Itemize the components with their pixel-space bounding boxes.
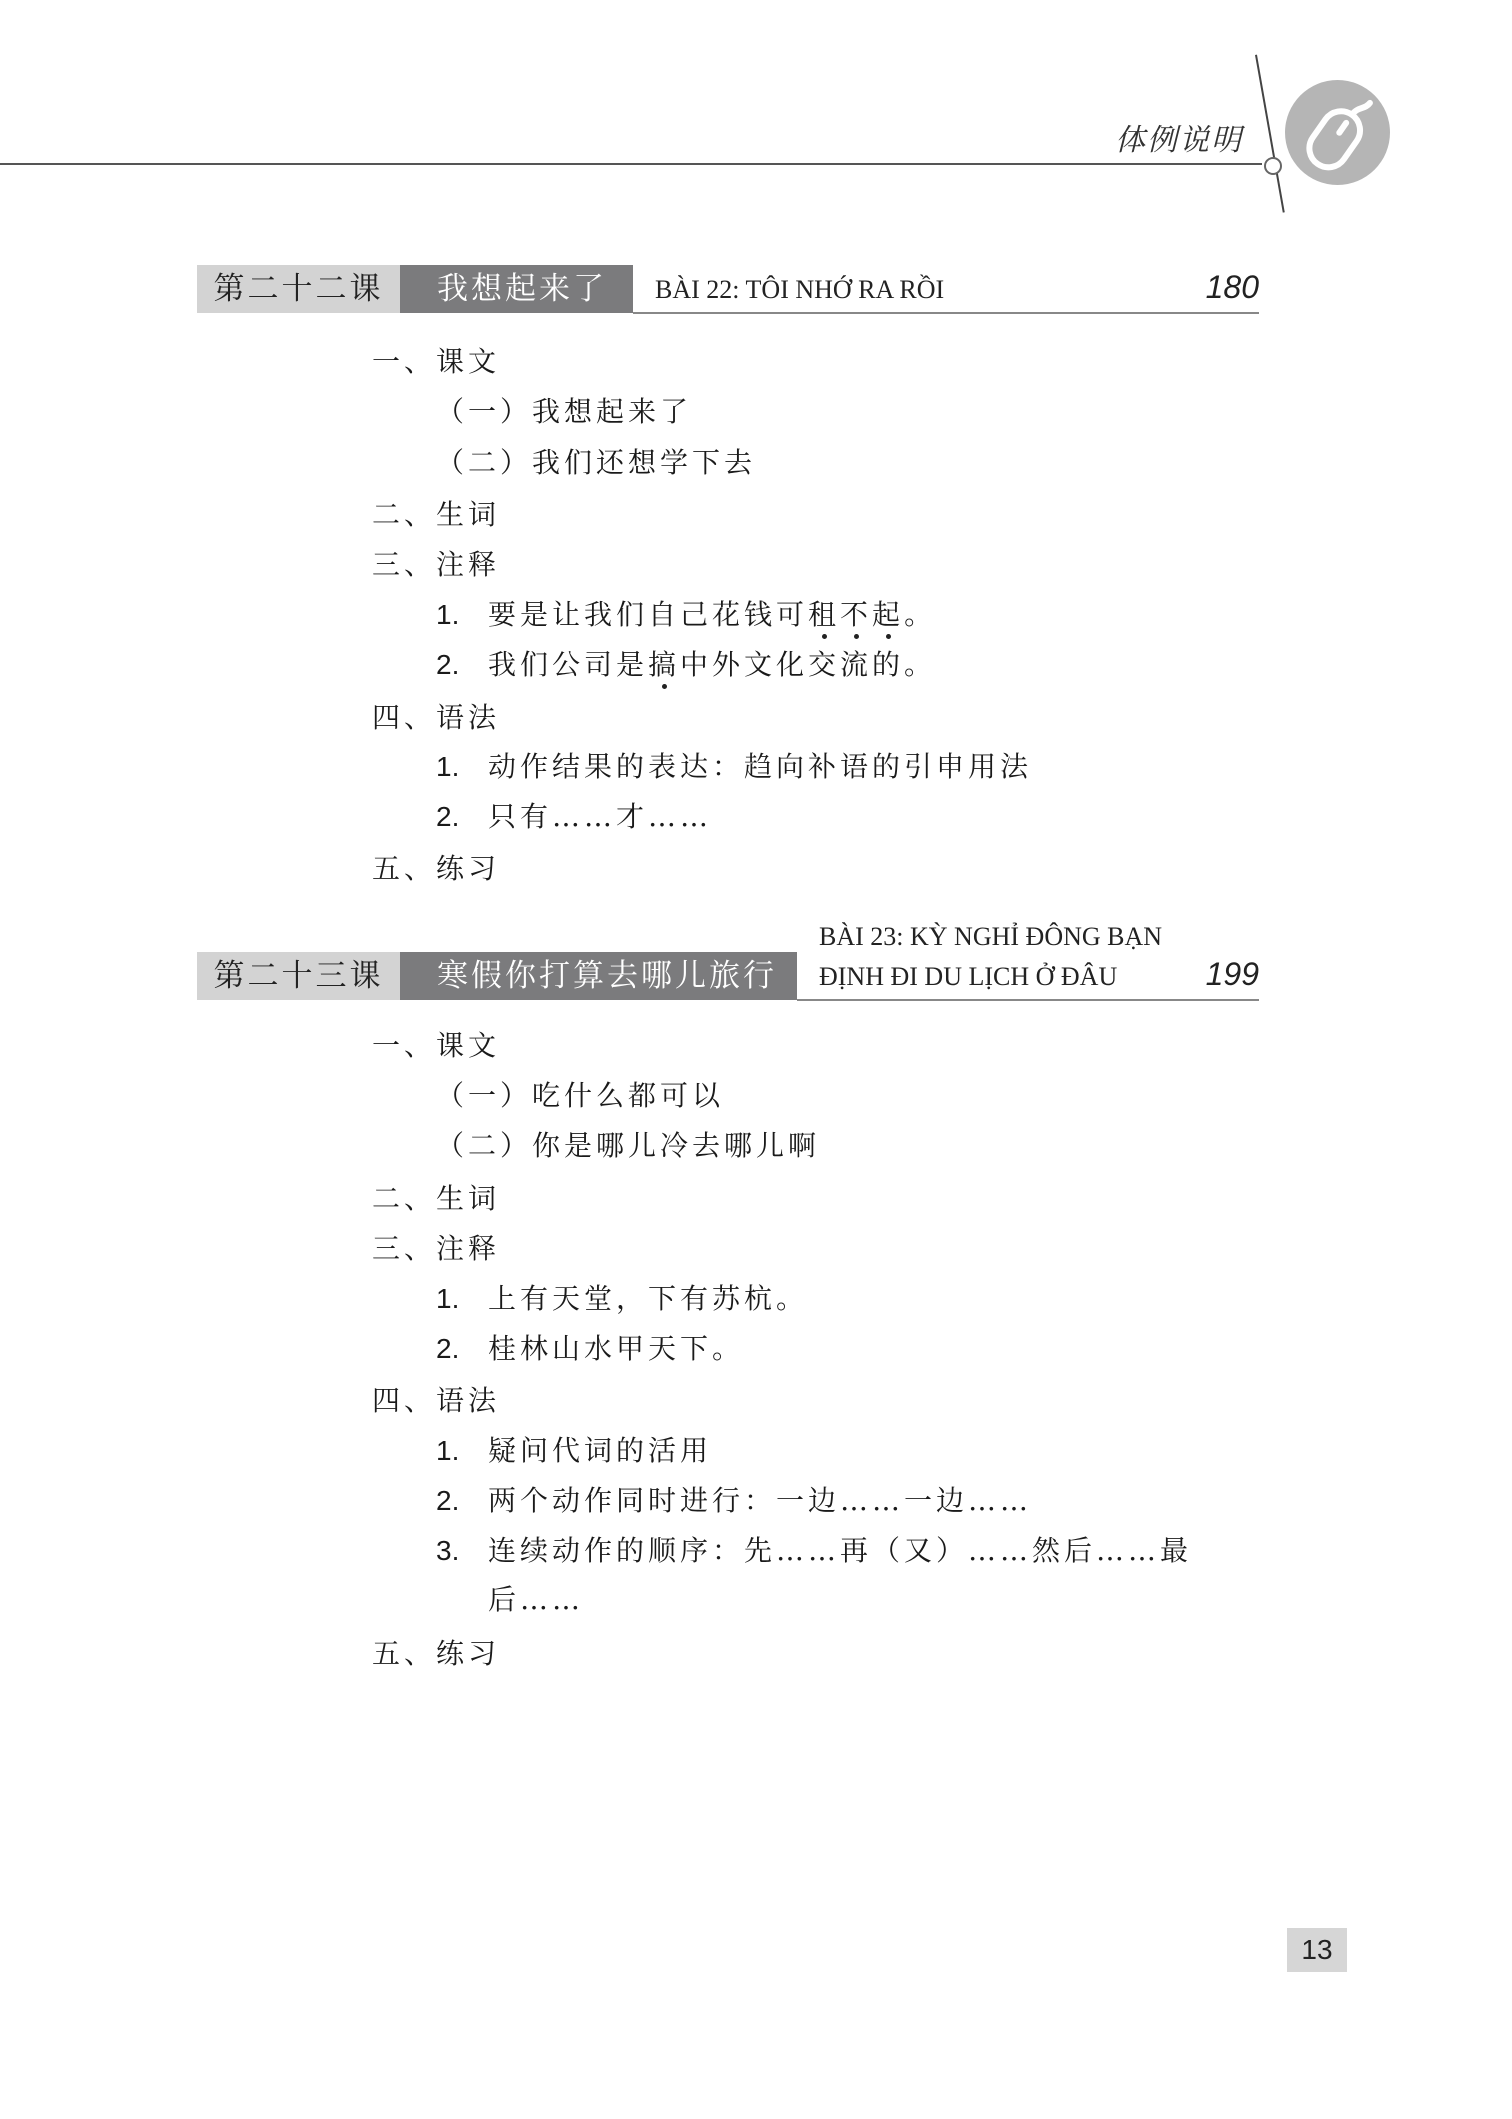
section-heading: 二、生词	[372, 1177, 500, 1217]
list-item-continuation: 后……	[488, 1578, 584, 1618]
lesson-header-underline	[633, 312, 1259, 314]
section-heading: 二、生词	[372, 493, 500, 533]
header-rule	[0, 163, 1262, 165]
page-number-badge: 13	[1287, 1928, 1347, 1972]
header-slash-divider	[1255, 55, 1285, 213]
list-item: （二）我们还想学下去	[436, 441, 756, 481]
list-item: 2.我们公司是搞中外文化交流的。	[436, 643, 936, 683]
section-heading: 一、课文	[372, 340, 500, 380]
section-heading: 一、课文	[372, 1024, 500, 1064]
section-heading: 三、注释	[372, 543, 500, 583]
lesson-title-cn: 我想起来了	[400, 265, 633, 313]
emphasis-dot: 起	[872, 598, 904, 631]
list-item: （一）我想起来了	[436, 390, 692, 430]
lesson-header-underline	[797, 999, 1259, 1001]
section-heading: 三、注释	[372, 1227, 500, 1267]
emphasis-dot: 搞	[648, 648, 680, 681]
list-item: 1.动作结果的表达：趋向补语的引申用法	[436, 745, 1032, 785]
lesson-page-number: 199	[1206, 956, 1259, 993]
lesson-title-vn-line-1: BÀI 23: KỲ NGHỈ ĐÔNG BẠN	[819, 922, 1162, 952]
lesson-23-header: 第二十三课 寒假你打算去哪儿旅行 BÀI 23: KỲ NGHỈ ĐÔNG BẠ…	[197, 952, 1259, 1000]
section-heading: 四、语法	[372, 696, 500, 736]
section-heading: 五、练习	[372, 847, 500, 887]
lesson-title-vn-line-2: ĐỊNH ĐI DU LỊCH Ở ĐÂU	[819, 962, 1117, 992]
list-item: 2.只有……才……	[436, 795, 712, 835]
emphasis-dot: 租	[808, 598, 840, 631]
list-item: 1.疑问代词的活用	[436, 1429, 712, 1469]
lesson-page-number: 180	[1206, 269, 1259, 306]
list-item: （二）你是哪儿冷去哪儿啊	[436, 1124, 820, 1164]
list-item: 1.要是让我们自己花钱可租不起。	[436, 593, 936, 633]
section-heading: 五、练习	[372, 1632, 500, 1672]
lesson-22-header: 第二十二课 我想起来了 BÀI 22: TÔI NHỚ RA RỒI 180	[197, 265, 1259, 313]
header-ring-ornament	[1264, 157, 1282, 175]
running-header-title: 体例说明	[1115, 115, 1243, 159]
list-item: （一）吃什么都可以	[436, 1074, 724, 1114]
list-item: 2.桂林山水甲天下。	[436, 1327, 744, 1367]
list-item: 3.连续动作的顺序：先……再（又）……然后……最	[436, 1529, 1192, 1569]
lesson-title-vn: BÀI 22: TÔI NHỚ RA RỒI	[655, 275, 944, 305]
computer-mouse-icon	[1285, 80, 1390, 185]
section-heading: 四、语法	[372, 1379, 500, 1419]
lesson-title-cn: 寒假你打算去哪儿旅行	[400, 952, 797, 1000]
list-item: 1.上有天堂，下有苏杭。	[436, 1277, 808, 1317]
lesson-number-label: 第二十三课	[197, 952, 400, 1000]
lesson-number-label: 第二十二课	[197, 265, 400, 313]
emphasis-dot: 不	[840, 598, 872, 631]
list-item: 2.两个动作同时进行：一边……一边……	[436, 1479, 1032, 1519]
